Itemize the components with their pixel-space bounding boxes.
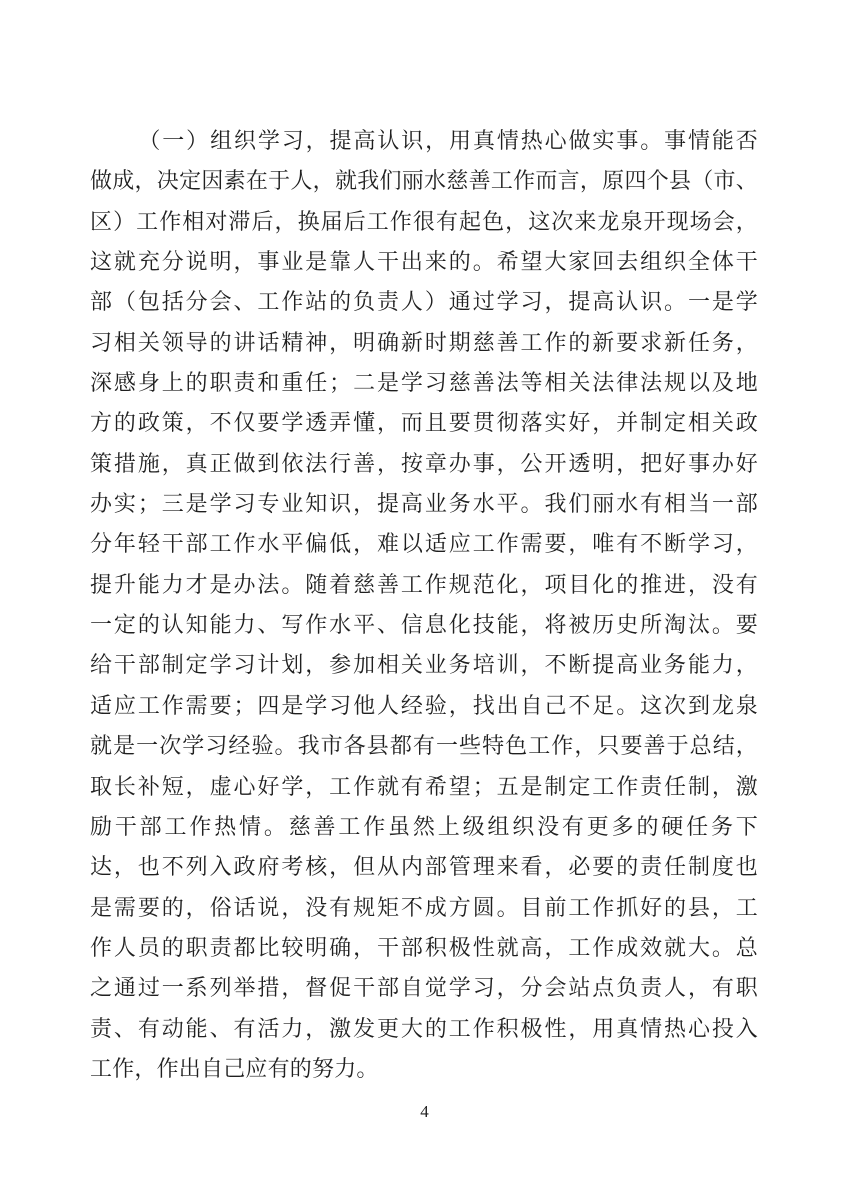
text-line: （一）组织学习，提高认识，用真情热心做实事。事情能否 [90, 121, 758, 161]
text-line: 策措施，真正做到依法行善，按章办事，公开透明，把好事办好 [90, 444, 758, 484]
text-line: 提升能力才是办法。随着慈善工作规范化，项目化的推进，没有 [90, 565, 758, 605]
text-line: 工作，作出自己应有的努力。 [90, 1049, 758, 1089]
text-line: 这就充分说明，事业是靠人干出来的。希望大家回去组织全体干 [90, 242, 758, 282]
text-line: 办实；三是学习专业知识，提高业务水平。我们丽水有相当一部 [90, 484, 758, 524]
text-line: 深感身上的职责和重任；二是学习慈善法等相关法律法规以及地 [90, 363, 758, 403]
text-line: 励干部工作热情。慈善工作虽然上级组织没有更多的硬任务下 [90, 807, 758, 847]
text-line: 做成，决定因素在于人，就我们丽水慈善工作而言，原四个县（市、 [90, 161, 758, 201]
text-line: 一定的认知能力、写作水平、信息化技能，将被历史所淘汰。要 [90, 605, 758, 645]
text-line: 之通过一系列举措，督促干部自觉学习，分会站点负责人，有职 [90, 968, 758, 1008]
text-line: 适应工作需要；四是学习他人经验，找出自己不足。这次到龙泉 [90, 686, 758, 726]
text-line: 取长补短，虚心好学，工作就有希望；五是制定工作责任制，激 [90, 767, 758, 807]
text-line: 达，也不列入政府考核，但从内部管理来看，必要的责任制度也 [90, 847, 758, 887]
text-line: 区）工作相对滞后，换届后工作很有起色，这次来龙泉开现场会， [90, 202, 758, 242]
text-line: 是需要的，俗话说，没有规矩不成方圆。目前工作抓好的县，工 [90, 888, 758, 928]
text-line: 作人员的职责都比较明确，干部积极性就高，工作成效就大。总 [90, 928, 758, 968]
text-line: 分年轻干部工作水平偏低，难以适应工作需要，唯有不断学习， [90, 524, 758, 564]
text-line: 部（包括分会、工作站的负责人）通过学习，提高认识。一是学 [90, 282, 758, 322]
text-line: 习相关领导的讲话精神，明确新时期慈善工作的新要求新任务， [90, 323, 758, 363]
text-line: 就是一次学习经验。我市各县都有一些特色工作，只要善于总结， [90, 726, 758, 766]
text-line: 责、有动能、有活力，激发更大的工作积极性，用真情热心投入 [90, 1009, 758, 1049]
document-page: （一）组织学习，提高认识，用真情热心做实事。事情能否做成，决定因素在于人，就我们… [0, 0, 849, 1200]
body-paragraph: （一）组织学习，提高认识，用真情热心做实事。事情能否做成，决定因素在于人，就我们… [90, 121, 758, 1089]
text-line: 方的政策，不仅要学透弄懂，而且要贯彻落实好，并制定相关政 [90, 403, 758, 443]
text-line: 给干部制定学习计划，参加相关业务培训，不断提高业务能力， [90, 645, 758, 685]
page-number: 4 [0, 1101, 849, 1123]
